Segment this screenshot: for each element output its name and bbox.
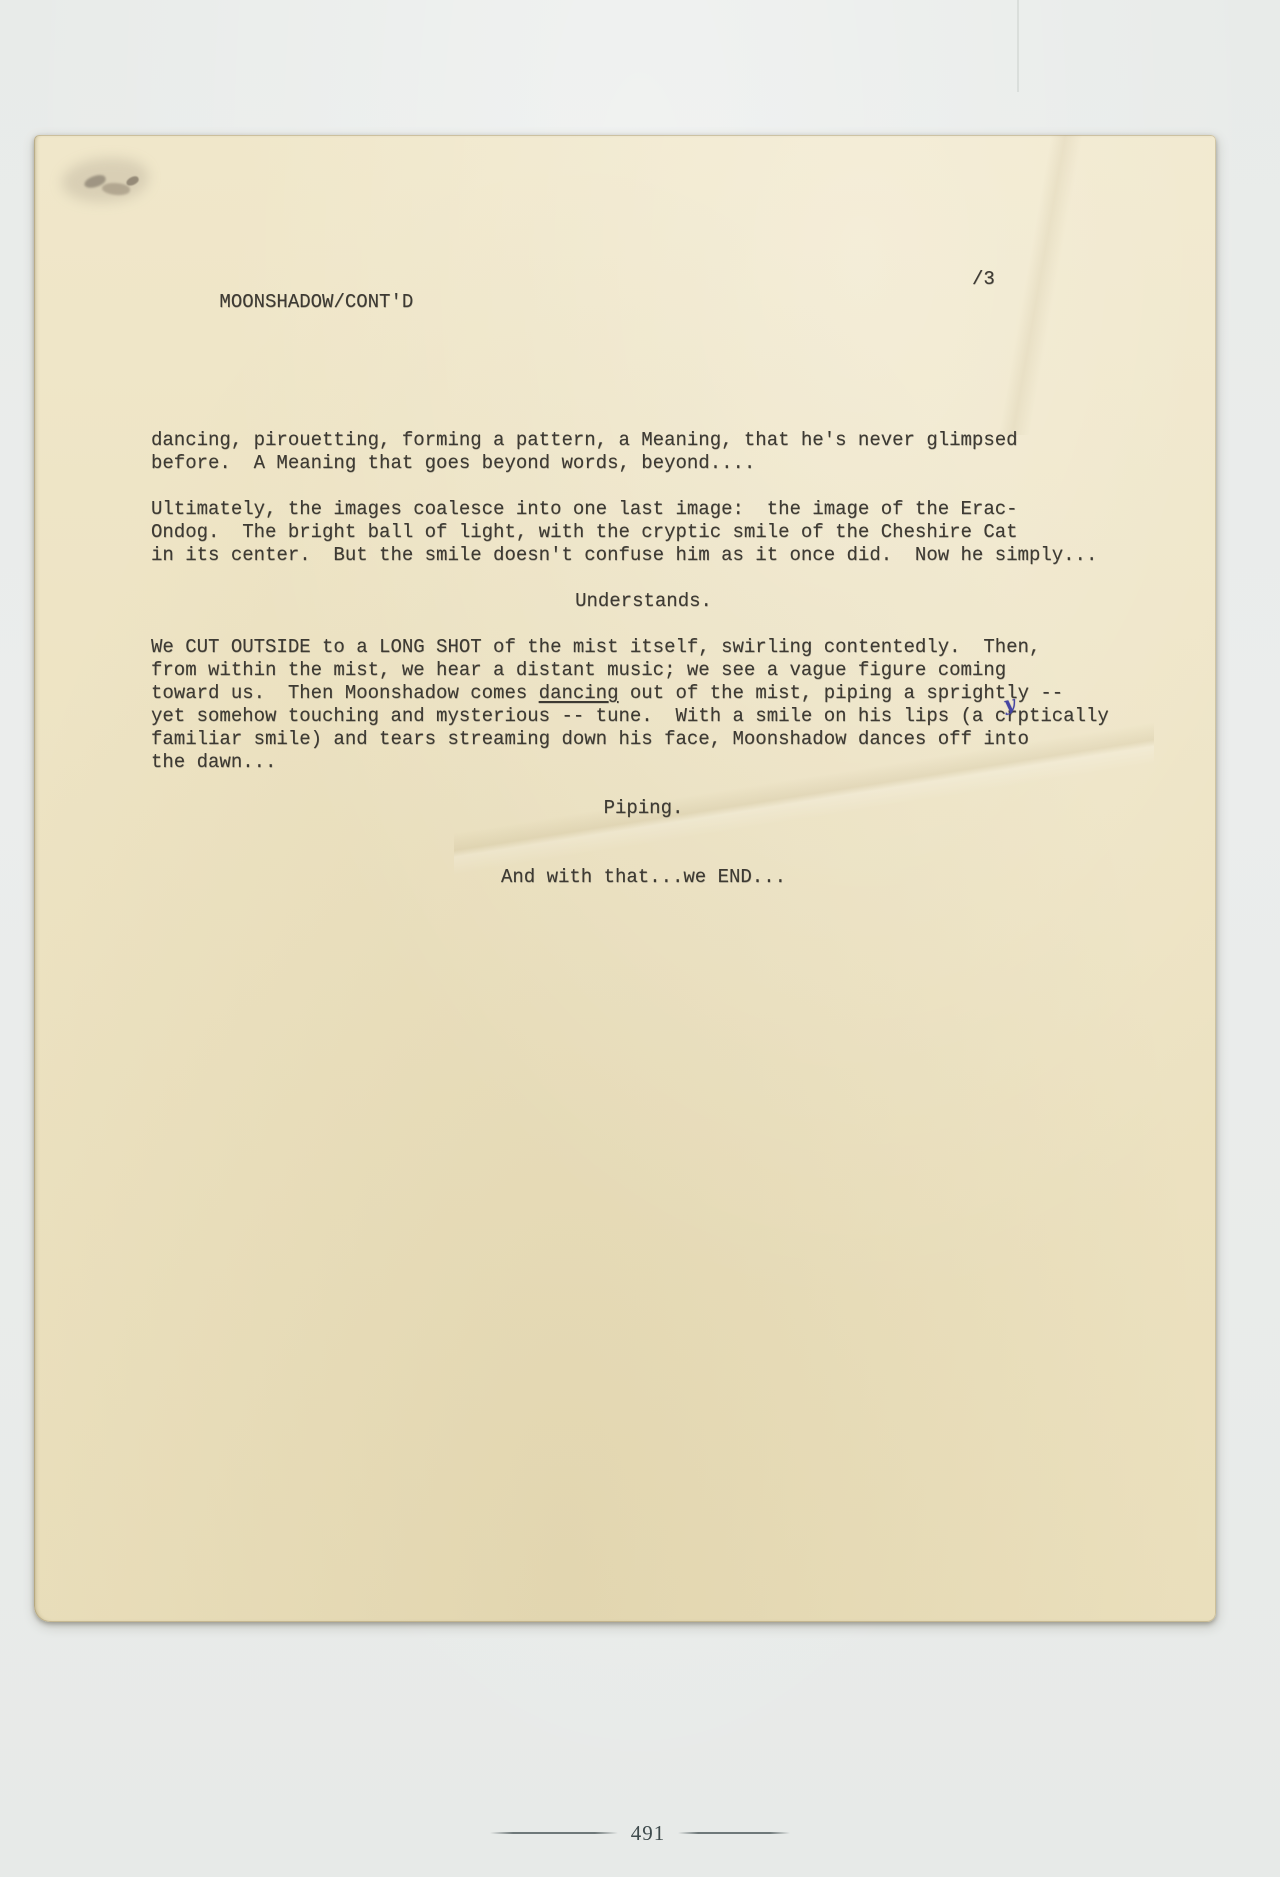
script-page-number: /3: [972, 268, 995, 291]
text-line: from within the mist, we hear a distant …: [151, 659, 1151, 682]
scene-header: MOONSHADOW/CONT'D /3: [151, 268, 1151, 360]
typewritten-text: MOONSHADOW/CONT'D /3 dancing, pirouettin…: [151, 222, 1151, 935]
text-line: in its center. But the smile doesn't con…: [151, 544, 1151, 567]
paragraph: Ultimately, the images coalesce into one…: [151, 498, 1151, 567]
page-edge-line: [1017, 0, 1019, 92]
centered-line: Understands.: [151, 590, 1136, 613]
slug-text: MOONSHADOW/CONT'D: [219, 291, 413, 313]
text-line: dancing, pirouetting, forming a pattern,…: [151, 429, 1151, 452]
centered-line: Piping.: [151, 797, 1136, 820]
script-body: dancing, pirouetting, forming a pattern,…: [151, 429, 1151, 889]
script-page: MOONSHADOW/CONT'D /3 dancing, pirouettin…: [34, 135, 1216, 1622]
text-line: before. A Meaning that goes beyond words…: [151, 452, 1151, 475]
ink-smudge: [54, 150, 174, 220]
text-line: the dawn...: [151, 751, 1151, 774]
paragraph: dancing, pirouetting, forming a pattern,…: [151, 429, 1151, 475]
centered-line: And with that...we END...: [151, 866, 1136, 889]
text-line: familiar smile) and tears streaming down…: [151, 728, 1151, 751]
book-page-number: 491: [0, 1821, 1280, 1845]
folio-rule-left: [490, 1832, 618, 1834]
folio-number: 491: [631, 1821, 666, 1845]
text-line: yet somehow touching and mysterious -- t…: [151, 705, 1151, 728]
text-line: Ultimately, the images coalesce into one…: [151, 498, 1151, 521]
folio-rule-right: [678, 1832, 790, 1834]
text-line: We CUT OUTSIDE to a LONG SHOT of the mis…: [151, 636, 1151, 659]
text-line: Ondog. The bright ball of light, with th…: [151, 521, 1151, 544]
paragraph: We CUT OUTSIDE to a LONG SHOT of the mis…: [151, 636, 1151, 774]
